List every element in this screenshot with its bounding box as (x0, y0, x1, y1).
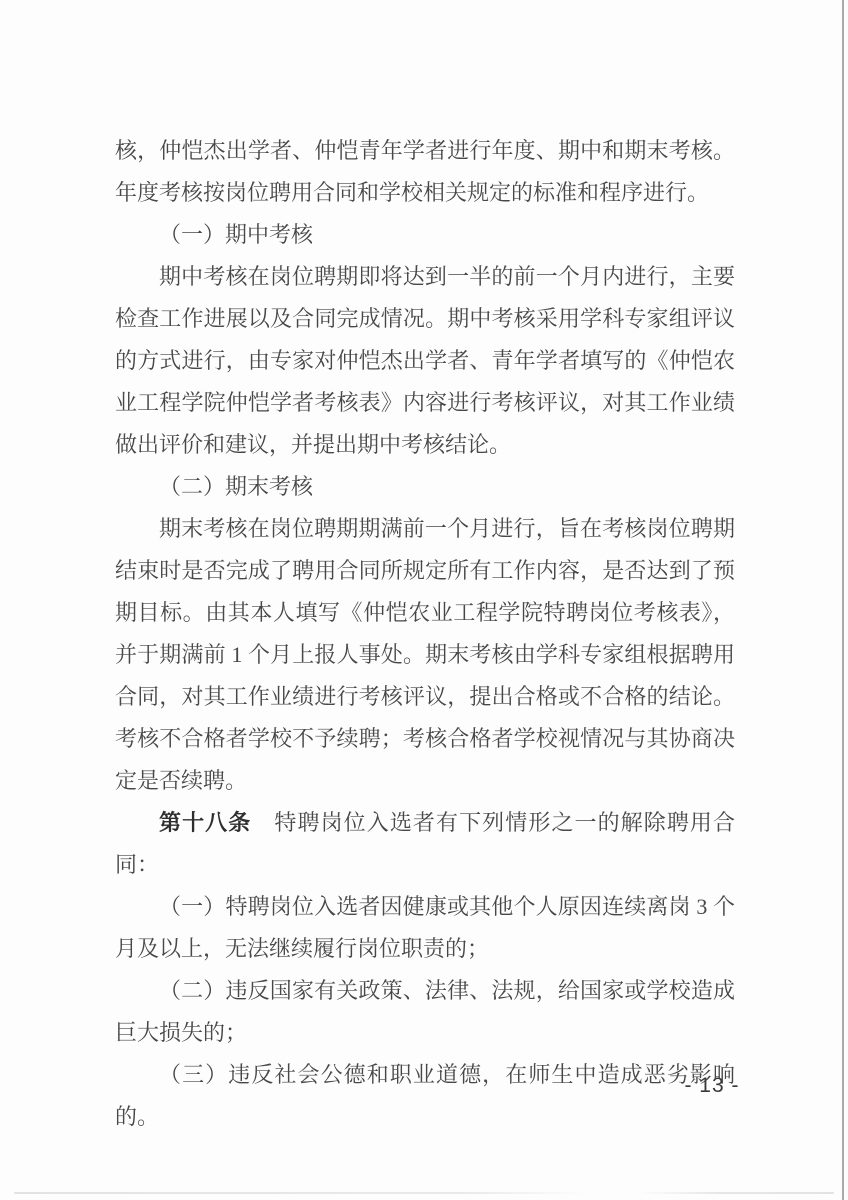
paragraph: （二）违反国家有关政策、法律、法规，给国家或学校造成巨大损失的； (115, 970, 735, 1054)
paragraph: 第十八条 特聘岗位入选者有下列情形之一的解除聘用合同： (115, 802, 735, 886)
document-body: 核，仲恺杰出学者、仲恺青年学者进行年度、期中和期末考核。年度考核按岗位聘用合同和… (115, 130, 735, 1138)
scan-border-bottom-line (14, 1192, 834, 1194)
article-number-bold: 第十八条 (159, 810, 251, 835)
paragraph: （一）特聘岗位入选者因健康或其他个人原因连续离岗 3 个月及以上，无法继续履行岗… (115, 886, 735, 970)
paragraph: （二）期末考核 (115, 466, 735, 508)
paragraph: （一）期中考核 (115, 214, 735, 256)
paragraph: 核，仲恺杰出学者、仲恺青年学者进行年度、期中和期末考核。年度考核按岗位聘用合同和… (115, 130, 735, 214)
paragraph: 期中考核在岗位聘期即将达到一半的前一个月内进行，主要检查工作进展以及合同完成情况… (115, 256, 735, 466)
scan-border-right-line (842, 0, 844, 1200)
document-page: 核，仲恺杰出学者、仲恺青年学者进行年度、期中和期末考核。年度考核按岗位聘用合同和… (0, 0, 848, 1200)
paragraph: 期末考核在岗位聘期期满前一个月进行，旨在考核岗位聘期结束时是否完成了聘用合同所规… (115, 508, 735, 802)
page-number: - 13 - (652, 1074, 772, 1098)
paragraph: （三）违反社会公德和职业道德，在师生中造成恶劣影响的。 (115, 1054, 735, 1138)
